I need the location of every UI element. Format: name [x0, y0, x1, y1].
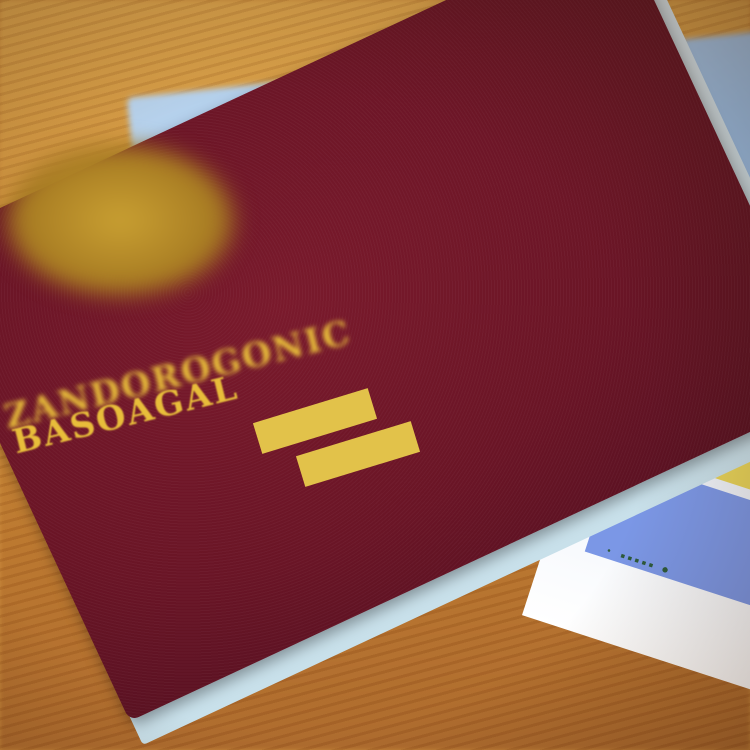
coat-of-arms-emblem [0, 140, 240, 300]
